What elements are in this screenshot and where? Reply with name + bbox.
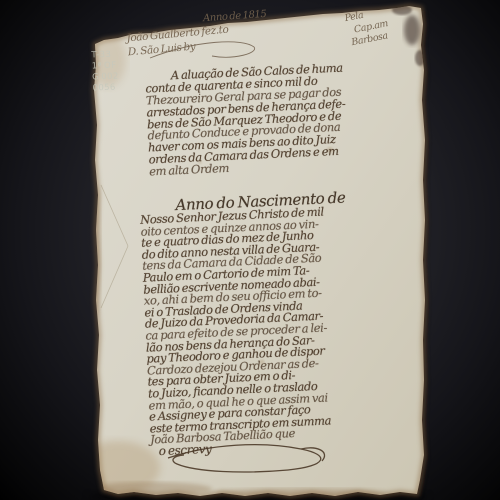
photograph: T-331ª OFG 0020056 Anno de 1815 João Gua… <box>0 0 500 500</box>
archival-stamp-line: 0056 <box>92 83 119 95</box>
paragraph-1: A aluação de São Calos de humaconta de q… <box>145 63 349 179</box>
paragraph-2: Anno do Nascimento deNosso Senhor Jezus … <box>139 189 357 458</box>
archival-stamp: T-331ª OFG 0020056 <box>91 50 119 95</box>
right-ink-note: PelaCap.amBarbosa <box>344 5 392 50</box>
torn-spot <box>404 15 420 45</box>
